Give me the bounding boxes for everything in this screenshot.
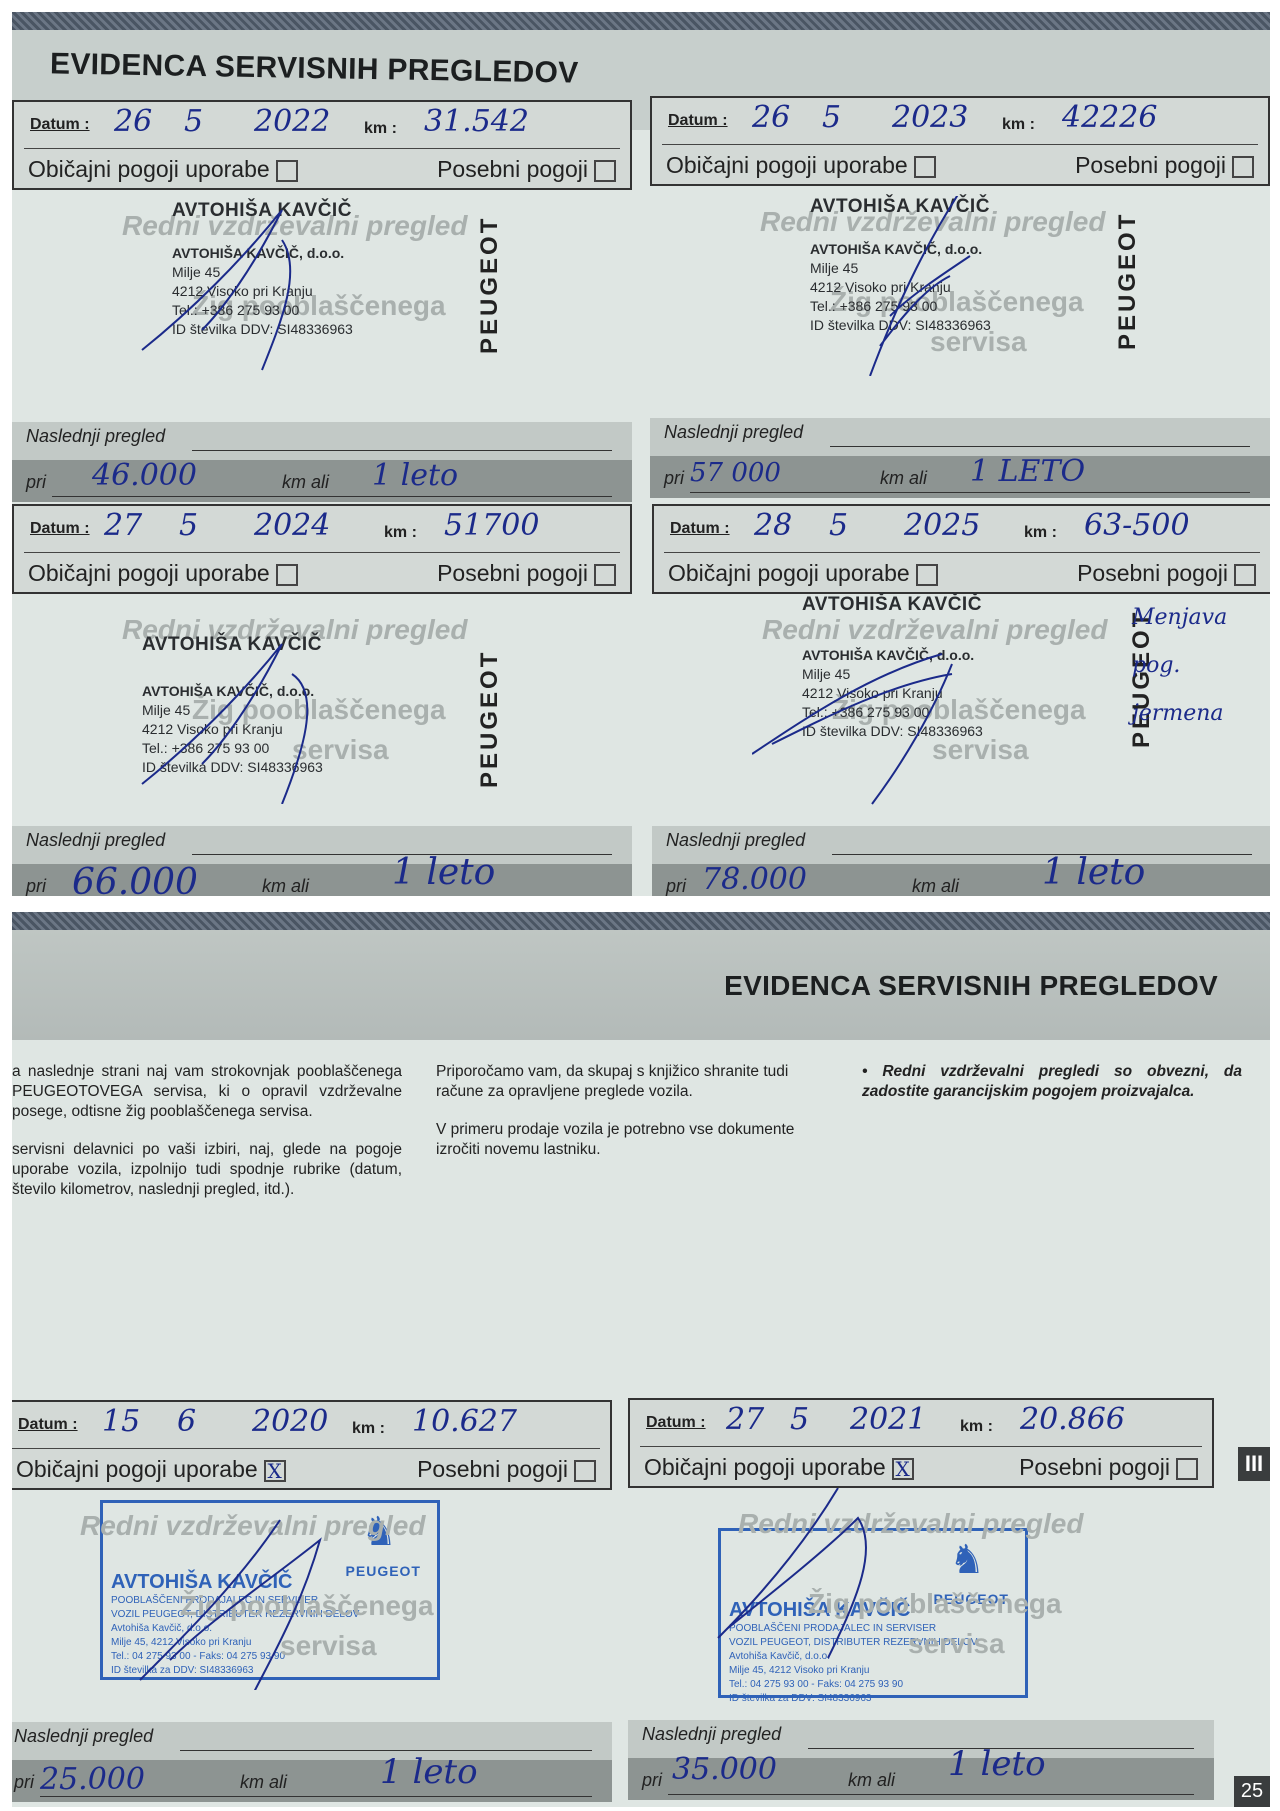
- date-day: 15: [102, 1404, 140, 1439]
- service-entry-2023: Datum : 26 5 2023 km : 42226 Običajni po…: [650, 96, 1270, 496]
- special-conditions-label: Posebni pogoji: [1077, 560, 1228, 586]
- special-conditions-checkbox[interactable]: [594, 564, 616, 586]
- usual-conditions-checkbox[interactable]: [916, 564, 938, 586]
- underline: [192, 450, 612, 451]
- section-tab: III: [1238, 1447, 1270, 1481]
- next-km-value: 57 000: [690, 458, 781, 488]
- next-km-value: 35.000: [672, 1752, 777, 1787]
- special-conditions-label: Posebni pogoji: [437, 560, 588, 586]
- date-day: 27: [104, 508, 142, 543]
- divider: [662, 144, 1258, 145]
- next-service: Naslednji pregled pri 25.000 km ali 1 le…: [12, 1722, 612, 1802]
- signature-icon: [770, 196, 1030, 376]
- signature-icon: [132, 624, 392, 804]
- instructions-column-1: a naslednje strani naj vam strokovnjak p…: [12, 1062, 402, 1218]
- at-label: pri: [26, 876, 46, 896]
- instruction-paragraph: servisni delavnici po vaši izbiri, naj, …: [12, 1140, 402, 1200]
- peugeot-logo: PEUGEOT: [1114, 196, 1140, 366]
- underline: [52, 496, 612, 497]
- fabric-background: [12, 12, 1270, 30]
- service-entry-2020: Datum : 15 6 2020 km : 10.627 Običajni p…: [12, 1400, 612, 1800]
- date-label: Datum :: [670, 520, 730, 538]
- date-day: 28: [754, 508, 792, 543]
- service-entry-2024: Datum : 27 5 2024 km : 51700 Običajni po…: [12, 504, 632, 896]
- entry-header: Datum : 27 5 2024 km : 51700 Običajni po…: [12, 504, 632, 594]
- handwritten-note: Menjava pog. jermena: [1132, 594, 1232, 738]
- special-conditions-label: Posebni pogoji: [1075, 152, 1226, 178]
- km-value: 10.627: [412, 1404, 517, 1439]
- usual-conditions: Običajni pogoji uporabeX: [16, 1456, 286, 1483]
- date-label: Datum :: [30, 520, 90, 538]
- next-service-label: Naslednji pregled: [26, 426, 165, 447]
- stamp-area: Redni vzdrževalni pregled Žig pooblaščen…: [652, 594, 1270, 824]
- next-service-label: Naslednji pregled: [666, 830, 805, 851]
- entry-header: Datum : 27 5 2021 km : 20.866 Običajni p…: [628, 1398, 1214, 1488]
- at-label: pri: [14, 1772, 34, 1793]
- special-conditions: Posebni pogoji: [1077, 560, 1256, 587]
- stamp-area: ♞ PEUGEOT AVTOHIŠA KAVČIČ POOBLAŠČENI PR…: [628, 1488, 1214, 1718]
- underline: [668, 1794, 1194, 1795]
- special-conditions-checkbox[interactable]: [574, 1460, 596, 1482]
- km-label: km :: [364, 120, 397, 138]
- km-label: km :: [1002, 116, 1035, 134]
- next-time-value: 1 leto: [948, 1744, 1046, 1784]
- next-time-value: 1 LETO: [970, 454, 1085, 489]
- usual-conditions-checkbox[interactable]: [276, 564, 298, 586]
- service-record-photo-top: EVIDENCA SERVISNIH PREGLEDOV Datum : 26 …: [12, 12, 1270, 896]
- usual-conditions-label: Običajni pogoji uporabe: [28, 560, 270, 586]
- page-title: EVIDENCA SERVISNIH PREGLEDOV: [724, 970, 1218, 1002]
- usual-conditions-checkbox[interactable]: [914, 156, 936, 178]
- instruction-paragraph: a naslednje strani naj vam strokovnjak p…: [12, 1062, 402, 1122]
- next-service-label: Naslednji pregled: [664, 422, 803, 443]
- entry-header: Datum : 26 5 2022 km : 31.542 Običajni p…: [12, 100, 632, 190]
- at-label: pri: [666, 876, 686, 896]
- special-conditions-checkbox[interactable]: [594, 160, 616, 182]
- next-service: Naslednji pregled pri 35.000 km ali 1 le…: [628, 1720, 1214, 1800]
- date-label: Datum :: [18, 1416, 78, 1434]
- usual-conditions-checkbox[interactable]: X: [264, 1460, 286, 1482]
- next-service-label: Naslednji pregled: [26, 830, 165, 851]
- special-conditions-checkbox[interactable]: [1234, 564, 1256, 586]
- next-service: Naslednji pregled pri 66.000 km ali 1 le…: [12, 826, 632, 896]
- date-year: 2021: [850, 1402, 926, 1437]
- special-conditions-label: Posebni pogoji: [417, 1456, 568, 1482]
- date-label: Datum :: [668, 112, 728, 130]
- usual-conditions: Običajni pogoji uporabe: [28, 560, 298, 587]
- stamp-vat: ID številka za DDV: SI48336963: [729, 1692, 1017, 1706]
- entry-header: Datum : 26 5 2023 km : 42226 Običajni po…: [650, 96, 1270, 186]
- peugeot-logo: PEUGEOT: [476, 200, 502, 370]
- underline: [40, 1796, 592, 1797]
- usual-conditions: Običajni pogoji uporabeX: [644, 1454, 914, 1481]
- date-year: 2022: [254, 104, 330, 139]
- km-label: km :: [960, 1418, 993, 1436]
- usual-conditions: Običajni pogoji uporabe: [28, 156, 298, 183]
- next-km-value: 78.000: [702, 862, 807, 896]
- page-number: 25: [1234, 1776, 1270, 1807]
- special-conditions-checkbox[interactable]: [1232, 156, 1254, 178]
- service-entry-2022: Datum : 26 5 2022 km : 31.542 Običajni p…: [12, 100, 632, 500]
- warranty-notice: • Redni vzdrževalni pregledi so obvezni,…: [862, 1062, 1242, 1102]
- next-time-value: 1 leto: [392, 852, 495, 893]
- special-conditions-label: Posebni pogoji: [1019, 1454, 1170, 1480]
- instructions-column-2: Priporočamo vam, da skupaj s knjižico sh…: [436, 1062, 826, 1178]
- next-service: Naslednji pregled pri 46.000 km ali 1 le…: [12, 422, 632, 502]
- km-value: 51700: [444, 508, 539, 543]
- km-or-label: km ali: [848, 1770, 895, 1791]
- stamp-area: Redni vzdrževalni pregled Žig pooblaščen…: [12, 594, 632, 824]
- usual-conditions-checkbox[interactable]: [276, 160, 298, 182]
- usual-conditions-label: Običajni pogoji uporabe: [16, 1456, 258, 1482]
- entry-header: Datum : 28 5 2025 km : 63-500 Običajni p…: [652, 504, 1270, 594]
- service-record-photo-bottom: EVIDENCA SERVISNIH PREGLEDOV a naslednje…: [12, 912, 1270, 1807]
- date-year: 2024: [254, 508, 330, 543]
- km-value: 20.866: [1020, 1402, 1125, 1437]
- date-day: 26: [114, 104, 152, 139]
- date-month: 5: [829, 508, 848, 543]
- date-month: 5: [179, 508, 198, 543]
- km-or-label: km ali: [912, 876, 959, 896]
- usual-conditions-label: Običajni pogoji uporabe: [666, 152, 908, 178]
- km-value: 31.542: [424, 104, 529, 139]
- km-or-label: km ali: [880, 468, 927, 489]
- usual-conditions-label: Običajni pogoji uporabe: [668, 560, 910, 586]
- next-time-value: 1 leto: [372, 458, 458, 493]
- next-service: Naslednji pregled pri 78.000 km ali 1 le…: [652, 826, 1270, 896]
- usual-conditions: Običajni pogoji uporabe: [668, 560, 938, 587]
- divider: [24, 148, 620, 149]
- date-day: 26: [752, 100, 790, 135]
- signature-icon: [708, 1488, 968, 1668]
- km-label: km :: [384, 524, 417, 542]
- stamp-phone: Tel.: 04 275 93 00 - Faks: 04 275 93 90: [729, 1678, 1017, 1692]
- date-month: 5: [790, 1402, 809, 1437]
- usual-conditions: Običajni pogoji uporabe: [666, 152, 936, 179]
- underline: [180, 1750, 592, 1751]
- divider: [24, 552, 620, 553]
- next-km-value: 25.000: [40, 1762, 145, 1797]
- usual-conditions-label: Običajni pogoji uporabe: [644, 1454, 886, 1480]
- special-conditions-label: Posebni pogoji: [437, 156, 588, 182]
- instruction-paragraph: V primeru prodaje vozila je potrebno vse…: [436, 1120, 826, 1160]
- date-month: 5: [184, 104, 203, 139]
- instruction-paragraph: Priporočamo vam, da skupaj s knjižico sh…: [436, 1062, 826, 1102]
- date-label: Datum :: [646, 1414, 706, 1432]
- signature-icon: [752, 634, 1012, 814]
- divider: [12, 1448, 600, 1449]
- date-year: 2025: [904, 508, 980, 543]
- special-conditions: Posebni pogoji: [1075, 152, 1254, 179]
- usual-conditions-checkbox[interactable]: X: [892, 1458, 914, 1480]
- date-month: 6: [177, 1404, 196, 1439]
- next-time-value: 1 leto: [1042, 852, 1145, 893]
- at-label: pri: [664, 468, 684, 489]
- km-label: km :: [352, 1420, 385, 1438]
- next-service-label: Naslednji pregled: [14, 1726, 153, 1747]
- date-day: 27: [726, 1402, 764, 1437]
- next-service-label: Naslednji pregled: [642, 1724, 781, 1745]
- service-entry-2021: Datum : 27 5 2021 km : 20.866 Običajni p…: [628, 1398, 1214, 1798]
- usual-conditions-label: Običajni pogoji uporabe: [28, 156, 270, 182]
- stamp-area: ♞ PEUGEOT AVTOHIŠA KAVČIČ POOBLAŠČENI PR…: [12, 1490, 612, 1720]
- signature-icon: [132, 200, 392, 380]
- next-time-value: 1 leto: [380, 1752, 478, 1792]
- service-entry-2025: Datum : 28 5 2025 km : 63-500 Običajni p…: [652, 504, 1270, 896]
- underline: [830, 446, 1250, 447]
- special-conditions-checkbox[interactable]: [1176, 1458, 1198, 1480]
- peugeot-logo: PEUGEOT: [476, 634, 502, 804]
- special-conditions: Posebni pogoji: [1019, 1454, 1198, 1481]
- at-label: pri: [642, 1770, 662, 1791]
- stamp-area: Redni vzdrževalni pregled Žig pooblaščen…: [12, 190, 632, 420]
- km-or-label: km ali: [262, 876, 309, 896]
- special-conditions: Posebni pogoji: [437, 560, 616, 587]
- fabric-background: [12, 912, 1270, 930]
- km-value: 63-500: [1084, 508, 1190, 543]
- stamp-area: Redni vzdrževalni pregled Žig pooblaščen…: [650, 186, 1270, 416]
- next-km-value: 46.000: [92, 458, 197, 493]
- date-year: 2023: [892, 100, 968, 135]
- underline: [690, 492, 1250, 493]
- km-or-label: km ali: [240, 1772, 287, 1793]
- special-conditions: Posebni pogoji: [417, 1456, 596, 1483]
- instructions-column-3: • Redni vzdrževalni pregledi so obvezni,…: [862, 1062, 1242, 1120]
- signature-icon: [130, 1510, 390, 1690]
- at-label: pri: [26, 472, 46, 493]
- date-year: 2020: [252, 1404, 328, 1439]
- date-month: 5: [822, 100, 841, 135]
- km-value: 42226: [1062, 100, 1157, 135]
- date-label: Datum :: [30, 116, 90, 134]
- next-service: Naslednji pregled pri 57 000 km ali 1 LE…: [650, 418, 1270, 498]
- entry-header: Datum : 15 6 2020 km : 10.627 Običajni p…: [12, 1400, 612, 1490]
- km-label: km :: [1024, 524, 1057, 542]
- next-km-value: 66.000: [72, 862, 198, 896]
- km-or-label: km ali: [282, 472, 329, 493]
- divider: [664, 552, 1260, 553]
- special-conditions: Posebni pogoji: [437, 156, 616, 183]
- dealer-name: AVTOHIŠA KAVČIČ: [802, 594, 983, 616]
- divider: [640, 1446, 1202, 1447]
